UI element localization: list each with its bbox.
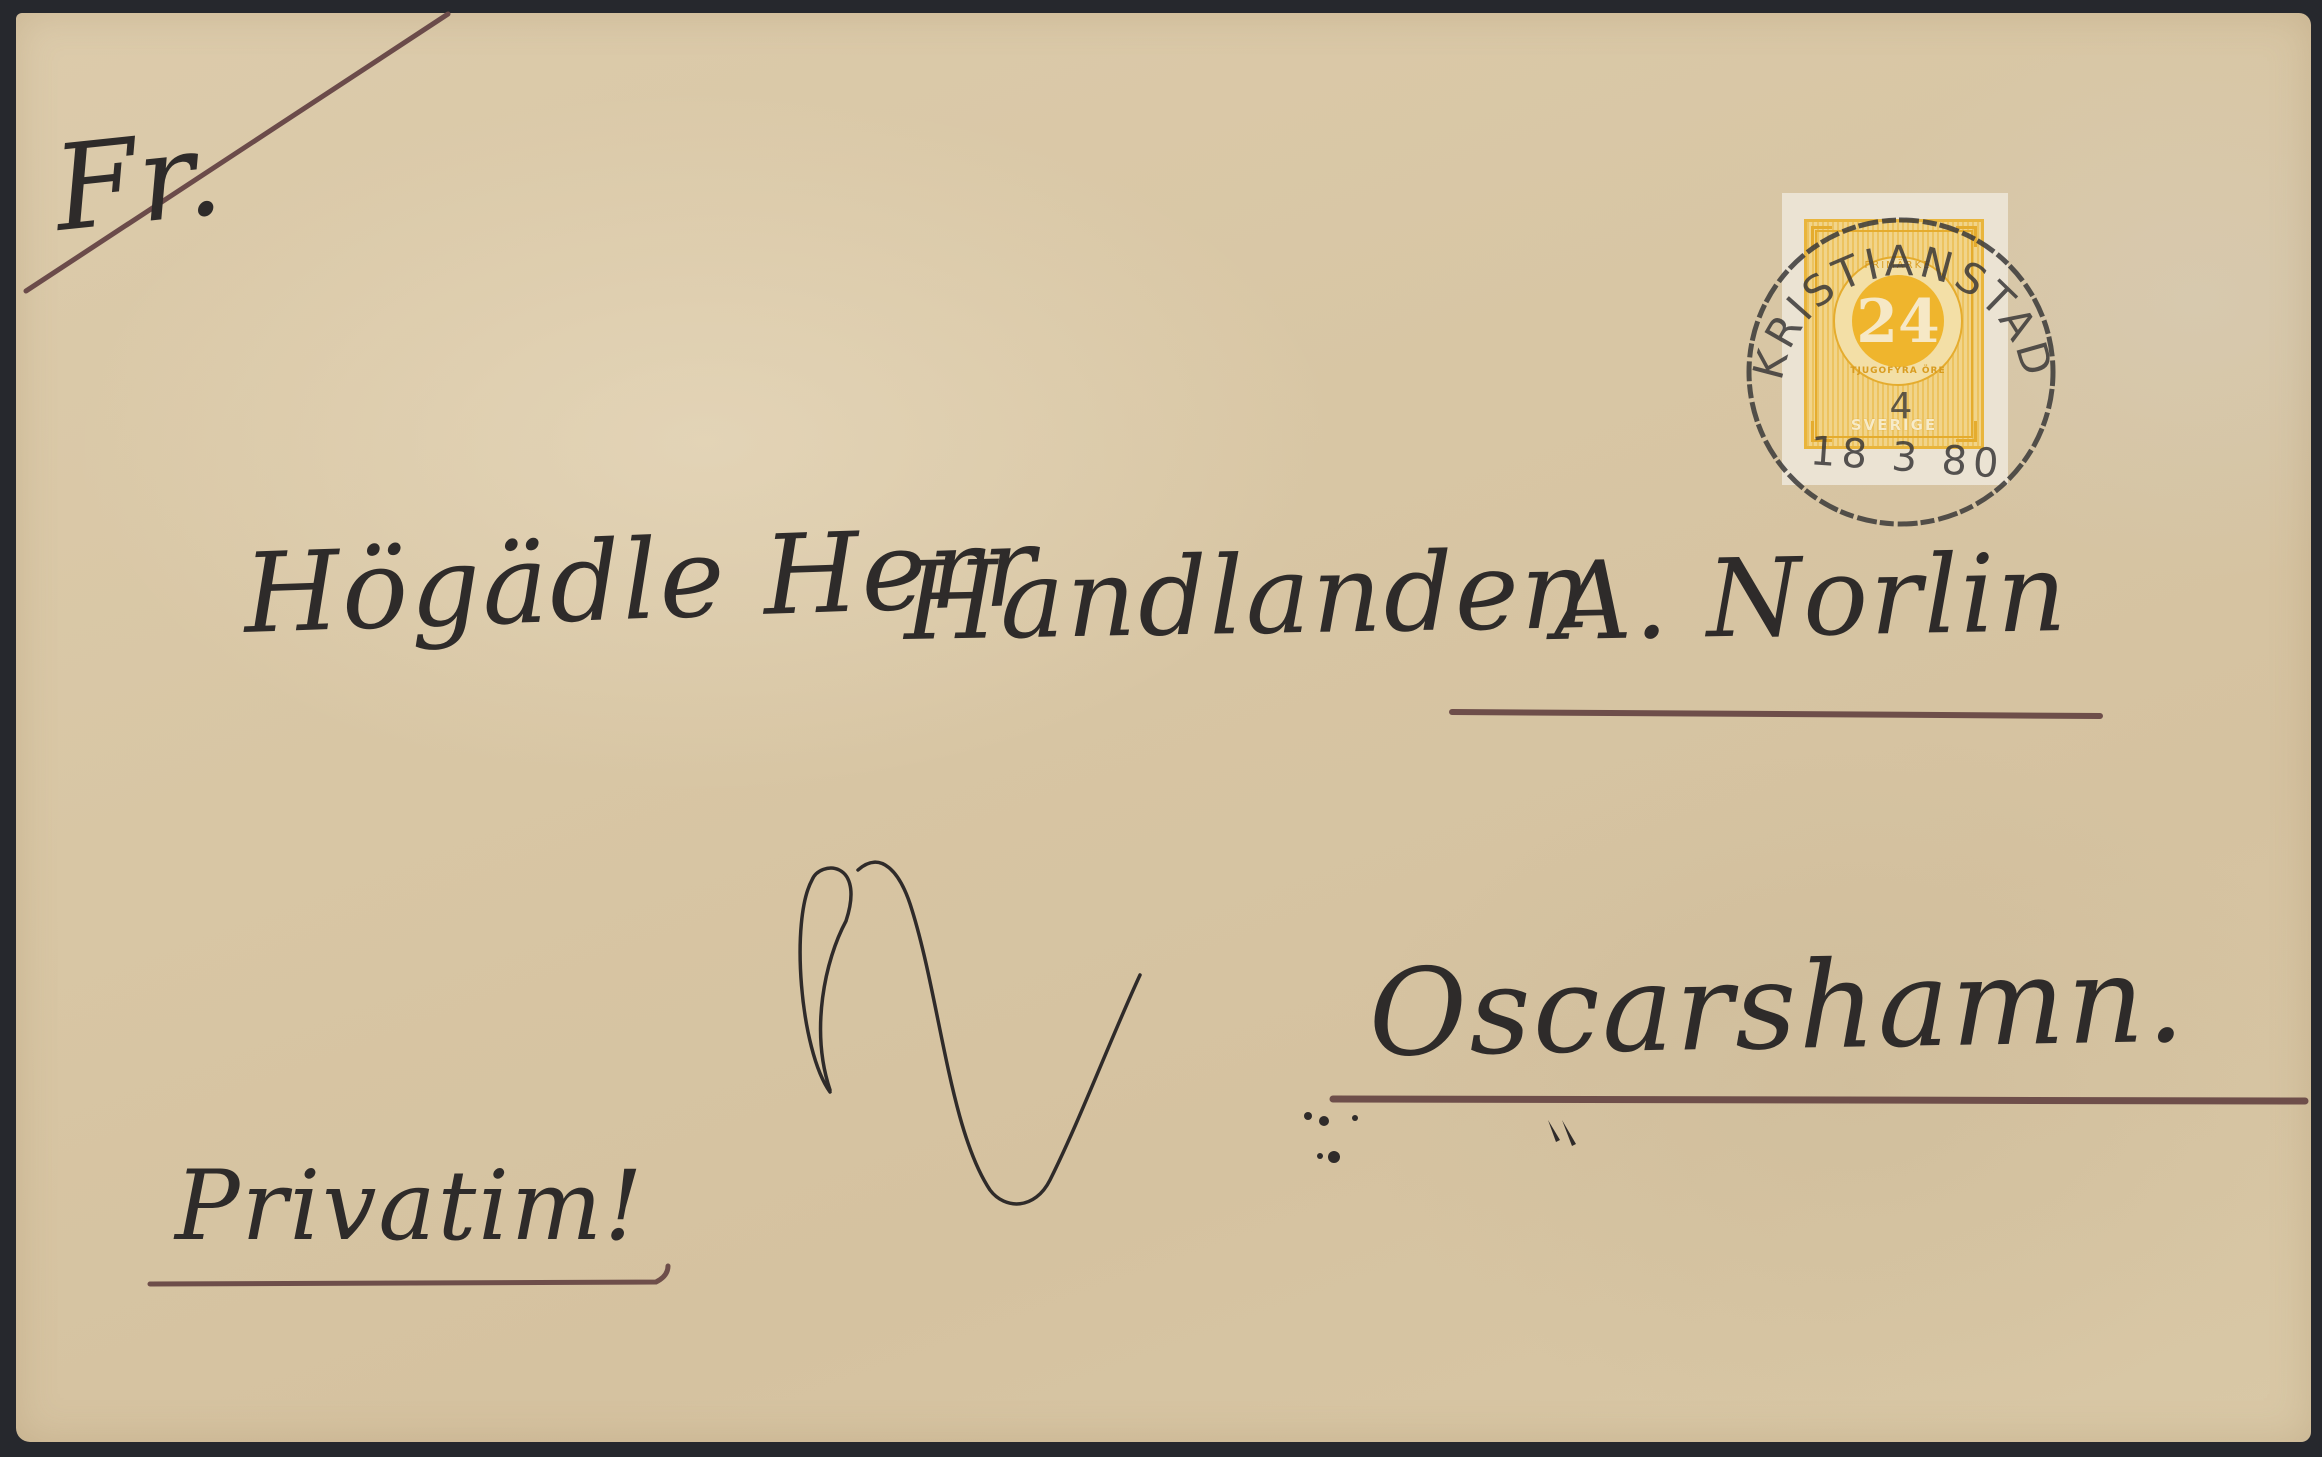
postmark-town: KRISTIANSTAD: [1743, 236, 2060, 384]
ink-specks: [1304, 1112, 1576, 1163]
endorsement-underline: [150, 1266, 668, 1284]
name-underline: [1452, 712, 2100, 716]
postmark: KRISTIANSTAD 4: [1742, 213, 2060, 531]
endorsement: Privatim!: [175, 1150, 645, 1262]
svg-text:KRISTIANSTAD: KRISTIANSTAD: [1743, 236, 2060, 384]
address-city: Oscarshamn.: [1368, 931, 2188, 1084]
address-title: Handlanden: [903, 528, 1593, 665]
address-name: A. Norlin: [1553, 531, 2070, 665]
corner-note: Fr.: [48, 103, 230, 258]
svg-text:4: 4: [1890, 386, 1913, 427]
rate-mark-squiggle: [800, 862, 1140, 1204]
city-underline: [1333, 1099, 2305, 1101]
